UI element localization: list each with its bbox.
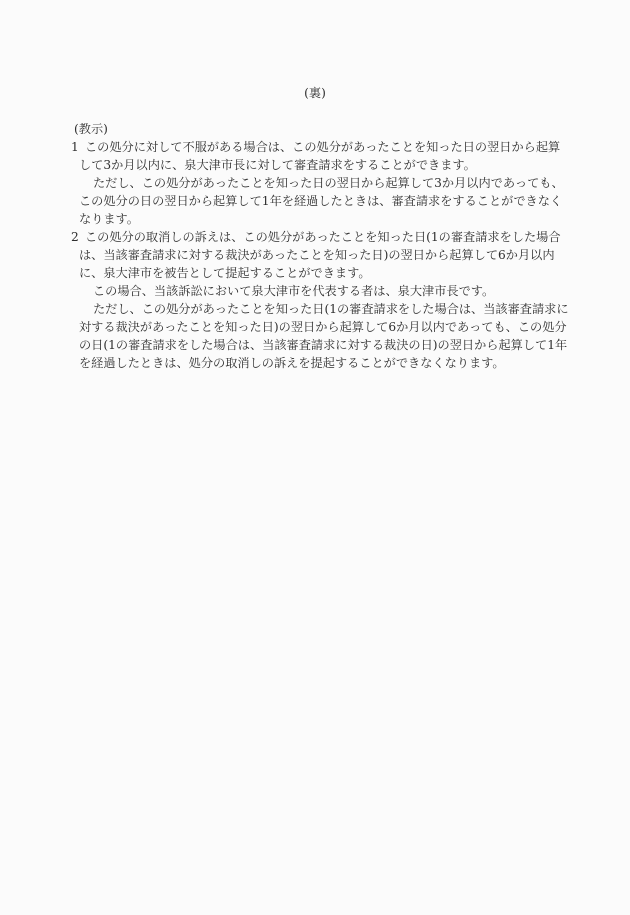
line-text: の日(1の審査請求をした場合は、当該審査請求に対する裁決の日)の翌日から起算して… <box>79 338 567 352</box>
line-text: して3か月以内に、泉大津市長に対して審査請求をすることができます。 <box>79 158 476 172</box>
text-line: 2この処分の取消しの訴えは、この処分があったことを知った日(1の審査請求をした場… <box>0 228 630 246</box>
line-text: この処分の取消しの訴えは、この処分があったことを知った日(1の審査請求をした場合 <box>85 230 561 244</box>
document-body: (裏) (教示) 1この処分に対して不服がある場合は、この処分があったことを知っ… <box>0 84 630 372</box>
text-line: して3か月以内に、泉大津市長に対して審査請求をすることができます。 <box>0 156 630 174</box>
blank-line <box>0 102 630 120</box>
text-line: ただし、この処分があったことを知った日の翌日から起算して3か月以内であっても、 <box>0 174 630 192</box>
line-text: ただし、この処分があったことを知った日(1の審査請求をした場合は、当該審査請求に <box>93 302 569 316</box>
section-label: (教示) <box>0 120 630 138</box>
text-line: この場合、当該訴訟において泉大津市を代表する者は、泉大津市長です。 <box>0 282 630 300</box>
text-line: この処分の日の翌日から起算して1年を経過したときは、審査請求をすることができなく <box>0 192 630 210</box>
text-line: なります。 <box>0 210 630 228</box>
text-line: に、泉大津市を被告として提起することができます。 <box>0 264 630 282</box>
line-text: この処分に対して不服がある場合は、この処分があったことを知った日の翌日から起算 <box>85 140 560 154</box>
document-page: (裏) (教示) 1この処分に対して不服がある場合は、この処分があったことを知っ… <box>0 0 630 915</box>
text-line: 1この処分に対して不服がある場合は、この処分があったことを知った日の翌日から起算 <box>0 138 630 156</box>
line-text: なります。 <box>79 212 139 226</box>
side-label: (裏) <box>0 84 630 102</box>
text-line: を経過したときは、処分の取消しの訴えを提起することができなくなります。 <box>0 354 630 372</box>
line-text: この場合、当該訴訟において泉大津市を代表する者は、泉大津市長です。 <box>93 284 494 298</box>
item-number: 1 <box>71 138 85 156</box>
text-line: は、当該審査請求に対する裁決があったことを知った日)の翌日から起算して6か月以内 <box>0 246 630 264</box>
line-text: ただし、この処分があったことを知った日の翌日から起算して3か月以内であっても、 <box>93 176 564 190</box>
line-text: は、当該審査請求に対する裁決があったことを知った日)の翌日から起算して6か月以内 <box>79 248 555 262</box>
line-text: を経過したときは、処分の取消しの訴えを提起することができなくなります。 <box>79 356 505 370</box>
text-line: ただし、この処分があったことを知った日(1の審査請求をした場合は、当該審査請求に <box>0 300 630 318</box>
text-line: 対する裁決があったことを知った日)の翌日から起算して6か月以内であっても、この処… <box>0 318 630 336</box>
text-line: の日(1の審査請求をした場合は、当該審査請求に対する裁決の日)の翌日から起算して… <box>0 336 630 354</box>
line-text: 対する裁決があったことを知った日)の翌日から起算して6か月以内であっても、この処… <box>79 320 567 334</box>
line-text: に、泉大津市を被告として提起することができます。 <box>79 266 371 280</box>
item-number: 2 <box>71 228 85 246</box>
line-text: この処分の日の翌日から起算して1年を経過したときは、審査請求をすることができなく <box>79 194 562 208</box>
